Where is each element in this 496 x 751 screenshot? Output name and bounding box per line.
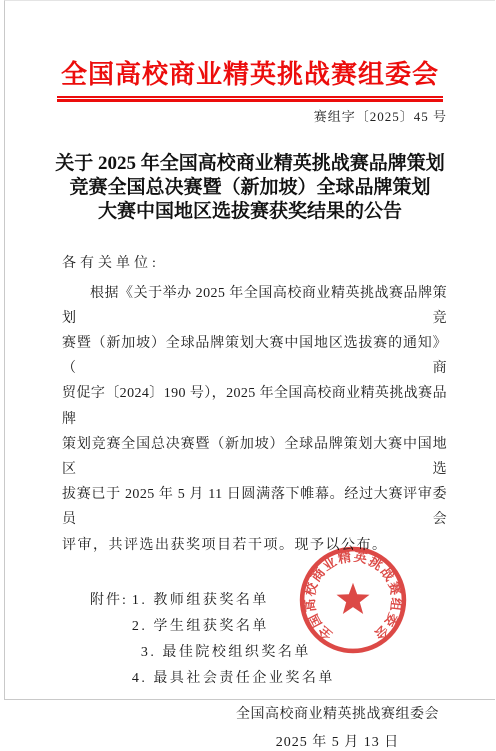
attachment-item: 3. 最佳院校组织奖名单 bbox=[141, 640, 447, 666]
paragraph-line: 赛暨（新加坡）全球品牌策划大赛中国地区选拔赛的通知》（商 bbox=[62, 331, 447, 381]
paragraph-line: 贸促字〔2024〕190 号），2025 年全国高校商业精英挑战赛品牌 bbox=[62, 381, 447, 431]
body-paragraph: 根据《关于举办 2025 年全国高校商业精英挑战赛品牌策划竞赛暨（新加坡）全球品… bbox=[62, 281, 447, 558]
attachments-list: 1. 教师组获奖名单2. 学生组获奖名单3. 最佳院校组织奖名单4. 最具社会责… bbox=[132, 588, 447, 692]
attachment-item: 2. 学生组获奖名单 bbox=[132, 614, 447, 640]
doc-number: 赛组字〔2025〕45 号 bbox=[5, 109, 447, 125]
paragraph-line: 拔赛已于 2025 年 5 月 11 日圆满落下帷幕。经过大赛评审委员会 bbox=[62, 482, 447, 532]
paragraph-line: 评审，共评选出获奖项目若干项。现予以公布。 bbox=[62, 533, 447, 558]
salutation: 各有关单位: bbox=[62, 251, 447, 276]
document-body: 各有关单位: 根据《关于举办 2025 年全国高校商业精英挑战赛品牌策划竞赛暨（… bbox=[62, 251, 447, 707]
doc-title: 关于 2025 年全国高校商业精英挑战赛品牌策划竞赛全国总决赛暨（新加坡）全球品… bbox=[5, 152, 495, 224]
red-rule-thick bbox=[57, 99, 443, 102]
doc-title-line: 大赛中国地区选拔赛获奖结果的公告 bbox=[5, 200, 495, 224]
attachments-label: 附件: bbox=[90, 588, 128, 614]
red-rule-thin bbox=[57, 96, 443, 98]
document-page: 全国高校商业精英挑战赛组委会 赛组字〔2025〕45 号 关于 2025 年全国… bbox=[4, 0, 495, 700]
attachment-item: 1. 教师组获奖名单 bbox=[132, 588, 447, 614]
red-divider-line bbox=[57, 96, 443, 102]
doc-title-line: 竞赛全国总决赛暨（新加坡）全球品牌策划 bbox=[5, 176, 495, 200]
paragraph-line: 根据《关于举办 2025 年全国高校商业精英挑战赛品牌策划竞 bbox=[62, 281, 447, 331]
doc-title-line: 关于 2025 年全国高校商业精英挑战赛品牌策划 bbox=[5, 152, 495, 176]
org-title: 全国高校商业精英挑战赛组委会 bbox=[5, 58, 495, 91]
attachments-section: 附件: 1. 教师组获奖名单2. 学生组获奖名单3. 最佳院校组织奖名单4. 最… bbox=[62, 588, 447, 692]
attachment-item: 4. 最具社会责任企业奖名单 bbox=[132, 666, 447, 692]
paragraph-line: 策划竞赛全国总决赛暨（新加坡）全球品牌策划大赛中国地区选 bbox=[62, 432, 447, 482]
